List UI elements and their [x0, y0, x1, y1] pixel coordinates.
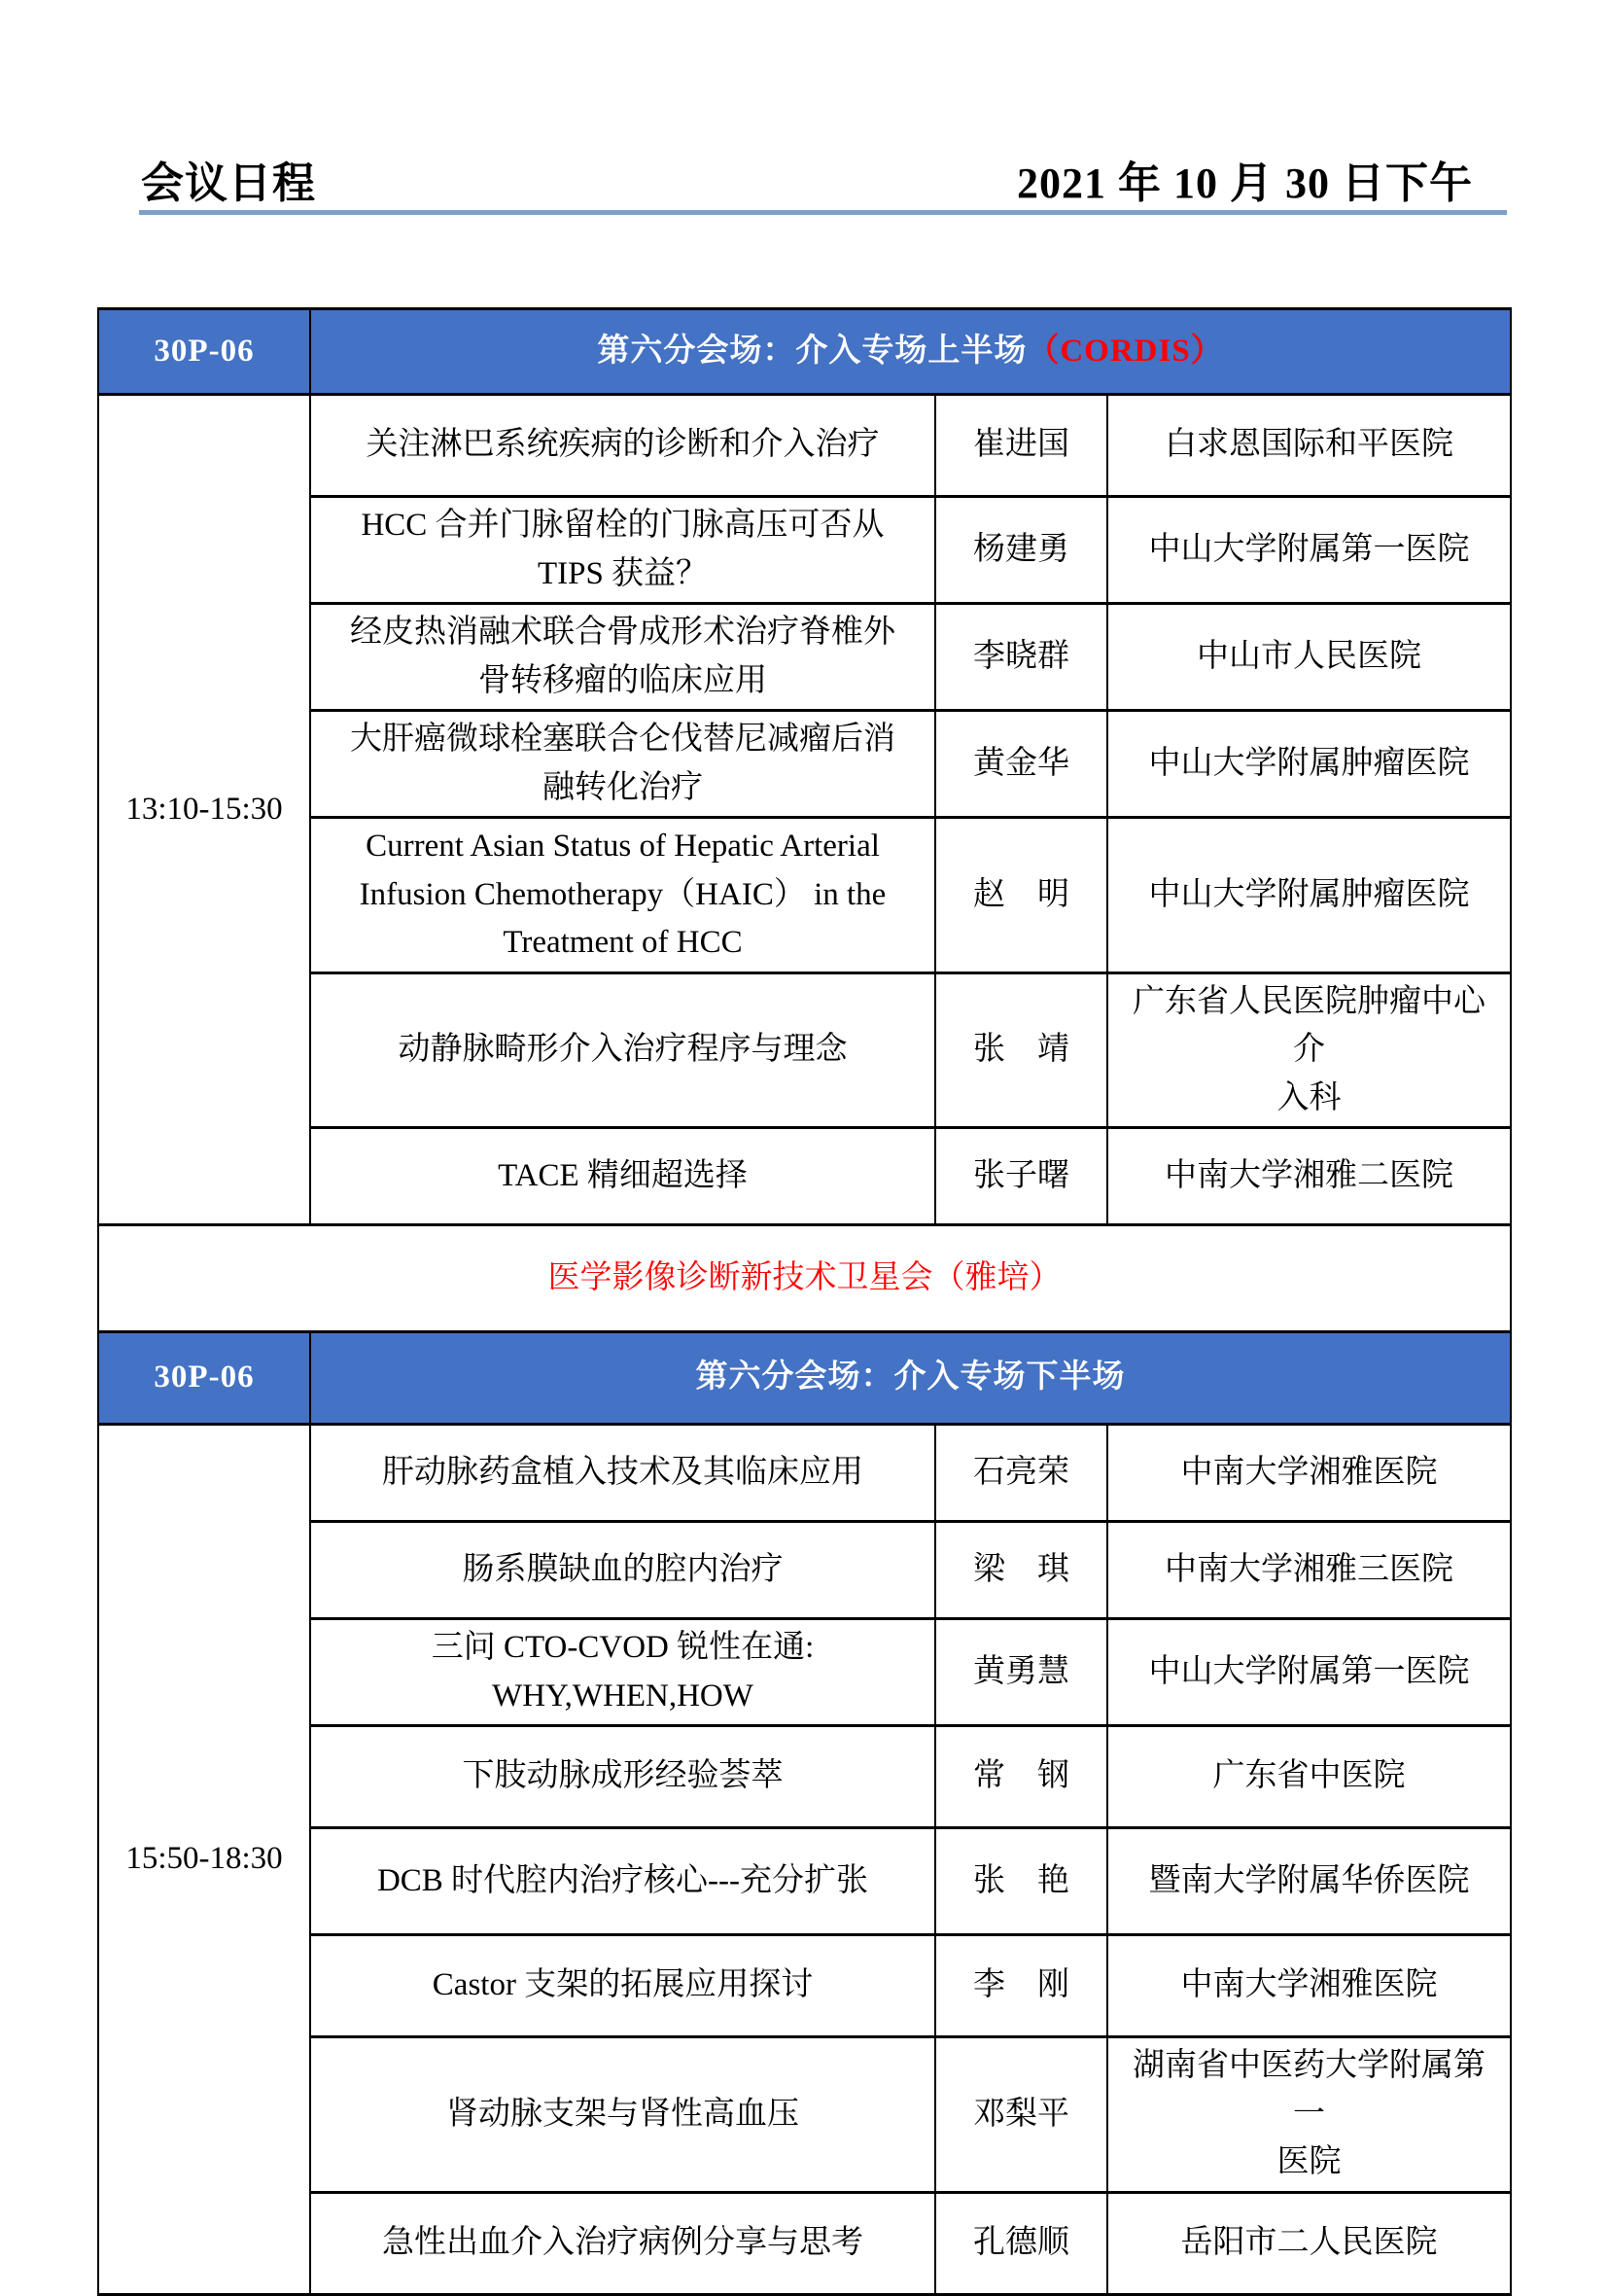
talk-title: Current Asian Status of Hepatic Arterial…	[310, 818, 935, 973]
hospital-name: 中南大学湘雅三医院	[1107, 1522, 1511, 1619]
talk-title: HCC 合并门脉留栓的门脉高压可否从 TIPS 获益？	[310, 497, 935, 604]
hospital-name: 岳阳市二人民医院	[1107, 2192, 1511, 2294]
table-row: 三问 CTO-CVOD 锐性在通: WHY,WHEN,HOW 黄勇慧 中山大学附…	[98, 1619, 1511, 1726]
satellite-row: 医学影像诊断新技术卫星会（雅培）	[98, 1225, 1511, 1332]
talk-title: DCB 时代腔内治疗核心---充分扩张	[310, 1828, 935, 1935]
hospital-name: 中南大学湘雅医院	[1107, 1425, 1511, 1522]
speaker-name: 杨建勇	[935, 497, 1107, 604]
page-title: 会议日程	[141, 148, 316, 210]
hospital-name: 暨南大学附属华侨医院	[1107, 1828, 1511, 1935]
table-row: 下肢动脉成形经验荟萃 常 钢 广东省中医院	[98, 1726, 1511, 1828]
table-row: 肠系膜缺血的腔内治疗 梁 琪 中南大学湘雅三医院	[98, 1522, 1511, 1619]
session1-code: 30P-06	[98, 309, 310, 395]
talk-title: Castor 支架的拓展应用探讨	[310, 1935, 935, 2037]
talk-title: 肾动脉支架与肾性高血压	[310, 2037, 935, 2193]
session2-title-cell: 第六分会场：介入专场下半场	[310, 1332, 1511, 1425]
hospital-name: 中山大学附属肿瘤医院	[1107, 818, 1511, 973]
hospital-name: 广东省人民医院肿瘤中心介 入科	[1107, 972, 1511, 1128]
talk-title: 关注淋巴系统疾病的诊断和介入治疗	[310, 395, 935, 497]
talk-title: 大肝癌微球栓塞联合仑伐替尼减瘤后消 融转化治疗	[310, 711, 935, 818]
hospital-name: 中山大学附属第一医院	[1107, 1619, 1511, 1726]
speaker-name: 张 靖	[935, 972, 1107, 1128]
header-rule	[139, 210, 1507, 215]
talk-title: 下肢动脉成形经验荟萃	[310, 1726, 935, 1828]
speaker-name: 李 刚	[935, 1935, 1107, 2037]
page-date: 2021 年 10 月 30 日下午	[1017, 148, 1473, 210]
table-row: 大肝癌微球栓塞联合仑伐替尼减瘤后消 融转化治疗 黄金华 中山大学附属肿瘤医院	[98, 711, 1511, 818]
talk-title: 经皮热消融术联合骨成形术治疗脊椎外 骨转移瘤的临床应用	[310, 604, 935, 711]
speaker-name: 常 钢	[935, 1726, 1107, 1828]
talk-title: 肝动脉药盒植入技术及其临床应用	[310, 1425, 935, 1522]
satellite-session-label: 医学影像诊断新技术卫星会（雅培）	[98, 1225, 1511, 1332]
speaker-name: 梁 琪	[935, 1522, 1107, 1619]
hospital-name: 广东省中医院	[1107, 1726, 1511, 1828]
table-row: 肾动脉支架与肾性高血压 邓梨平 湖南省中医药大学附属第一 医院	[98, 2037, 1511, 2193]
hospital-name: 白求恩国际和平医院	[1107, 395, 1511, 497]
speaker-name: 黄勇慧	[935, 1619, 1107, 1726]
page-header: 会议日程 2021 年 10 月 30 日下午	[141, 148, 1473, 210]
schedule-table: 30P-06 第六分会场：介入专场上半场（CORDIS） 13:10-15:30…	[97, 307, 1512, 2296]
table-row: 15:50-18:30 肝动脉药盒植入技术及其临床应用 石亮荣 中南大学湘雅医院	[98, 1425, 1511, 1522]
speaker-name: 张 艳	[935, 1828, 1107, 1935]
hospital-name: 中山市人民医院	[1107, 604, 1511, 711]
table-row: Current Asian Status of Hepatic Arterial…	[98, 818, 1511, 973]
talk-title: 急性出血介入治疗病例分享与思考	[310, 2192, 935, 2294]
hospital-name: 中山大学附属第一医院	[1107, 497, 1511, 604]
speaker-name: 张子曙	[935, 1128, 1107, 1225]
session2-header-row: 30P-06 第六分会场：介入专场下半场	[98, 1332, 1511, 1425]
session1-time-range: 13:10-15:30	[98, 395, 310, 1225]
speaker-name: 赵 明	[935, 818, 1107, 973]
table-row: 经皮热消融术联合骨成形术治疗脊椎外 骨转移瘤的临床应用 李晓群 中山市人民医院	[98, 604, 1511, 711]
session1-header-row: 30P-06 第六分会场：介入专场上半场（CORDIS）	[98, 309, 1511, 395]
speaker-name: 石亮荣	[935, 1425, 1107, 1522]
talk-title: 三问 CTO-CVOD 锐性在通: WHY,WHEN,HOW	[310, 1619, 935, 1726]
session2-time-range: 15:50-18:30	[98, 1425, 310, 2295]
hospital-name: 中南大学湘雅二医院	[1107, 1128, 1511, 1225]
table-row: 急性出血介入治疗病例分享与思考 孔德顺 岳阳市二人民医院	[98, 2192, 1511, 2294]
session1-title: 第六分会场：介入专场上半场	[597, 334, 1027, 369]
talk-title: 动静脉畸形介入治疗程序与理念	[310, 972, 935, 1128]
hospital-name: 中山大学附属肿瘤医院	[1107, 711, 1511, 818]
table-row: HCC 合并门脉留栓的门脉高压可否从 TIPS 获益？ 杨建勇 中山大学附属第一…	[98, 497, 1511, 604]
hospital-name: 中南大学湘雅医院	[1107, 1935, 1511, 2037]
table-row: TACE 精细超选择 张子曙 中南大学湘雅二医院	[98, 1128, 1511, 1225]
talk-title: TACE 精细超选择	[310, 1128, 935, 1225]
speaker-name: 孔德顺	[935, 2192, 1107, 2294]
table-row: Castor 支架的拓展应用探讨 李 刚 中南大学湘雅医院	[98, 1935, 1511, 2037]
speaker-name: 邓梨平	[935, 2037, 1107, 2193]
talk-title: 肠系膜缺血的腔内治疗	[310, 1522, 935, 1619]
speaker-name: 李晓群	[935, 604, 1107, 711]
speaker-name: 崔进国	[935, 395, 1107, 497]
session1-title-suffix: （CORDIS）	[1027, 334, 1223, 369]
session2-title: 第六分会场：介入专场下半场	[696, 1360, 1126, 1395]
session2-code: 30P-06	[98, 1332, 310, 1425]
table-row: DCB 时代腔内治疗核心---充分扩张 张 艳 暨南大学附属华侨医院	[98, 1828, 1511, 1935]
hospital-name: 湖南省中医药大学附属第一 医院	[1107, 2037, 1511, 2193]
speaker-name: 黄金华	[935, 711, 1107, 818]
table-row: 动静脉畸形介入治疗程序与理念 张 靖 广东省人民医院肿瘤中心介 入科	[98, 972, 1511, 1128]
session1-title-cell: 第六分会场：介入专场上半场（CORDIS）	[310, 309, 1511, 395]
table-row: 13:10-15:30 关注淋巴系统疾病的诊断和介入治疗 崔进国 白求恩国际和平…	[98, 395, 1511, 497]
